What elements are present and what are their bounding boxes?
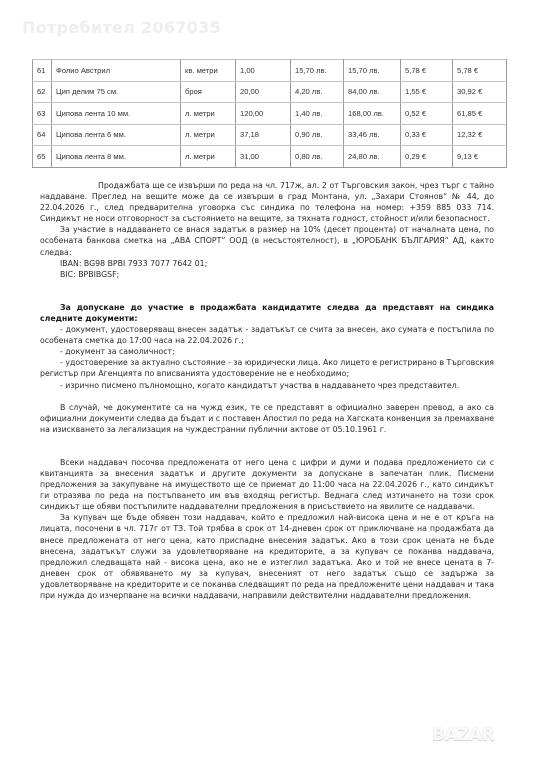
item-unit-price-eur: 1,55 € bbox=[401, 81, 453, 103]
table-row: 64Ципова лента 6 мм.л. метри37,180,90 лв… bbox=[33, 124, 507, 146]
row-number: 62 bbox=[33, 81, 52, 103]
item-total: 24,80 лв. bbox=[344, 146, 401, 168]
item-unit-price: 15,70 лв. bbox=[291, 60, 344, 82]
bic-line: BIC: BPBIBGSF; bbox=[40, 269, 494, 280]
row-number: 61 bbox=[33, 60, 52, 82]
documents-item: - документ, удостоверяващ внесен задатък… bbox=[40, 324, 494, 346]
buyer-paragraph: За купувач ще бъде обявен този наддавач,… bbox=[40, 512, 494, 601]
item-unit: броя bbox=[181, 81, 236, 103]
item-unit-price-eur: 0,33 € bbox=[401, 124, 453, 146]
item-total-eur: 12,32 € bbox=[453, 124, 507, 146]
item-total-eur: 9,13 € bbox=[453, 146, 507, 168]
item-unit-price: 4,20 лв. bbox=[291, 81, 344, 103]
item-unit-price-eur: 5,78 € bbox=[401, 60, 453, 82]
item-name: Ципова лента 10 мм. bbox=[52, 103, 181, 125]
iban-line: IBAN: BG98 BPBI 7933 7077 7642 01; bbox=[40, 258, 494, 269]
item-unit: л. метри bbox=[181, 124, 236, 146]
documents-item: - изрично писмено пълномощно, когато кан… bbox=[40, 380, 494, 391]
item-unit: л. метри bbox=[181, 103, 236, 125]
table-row: 62Цип делим 75 см.броя20,004,20 лв.84,00… bbox=[33, 81, 507, 103]
item-unit-price: 0,80 лв. bbox=[291, 146, 344, 168]
item-total-eur: 5,78 € bbox=[453, 60, 507, 82]
item-quantity: 20,00 bbox=[236, 81, 291, 103]
item-unit-price: 1,40 лв. bbox=[291, 103, 344, 125]
item-name: Цип делим 75 см. bbox=[52, 81, 181, 103]
table-row: 63Ципова лента 10 мм.л. метри120,001,40 … bbox=[33, 103, 507, 125]
items-table: 61Фолио Австрилкв. метри1,0015,70 лв.15,… bbox=[32, 59, 507, 168]
item-quantity: 120,00 bbox=[236, 103, 291, 125]
item-unit-price-eur: 0,29 € bbox=[401, 146, 453, 168]
documents-item: - документ за самоличност; bbox=[40, 346, 494, 357]
row-number: 64 bbox=[33, 124, 52, 146]
item-unit: л. метри bbox=[181, 146, 236, 168]
item-unit: кв. метри bbox=[181, 60, 236, 82]
item-name: Фолио Австрил bbox=[52, 60, 181, 82]
foreign-documents-paragraph: В случай, че документите са на чужд език… bbox=[40, 402, 494, 435]
item-unit-price-eur: 0,52 € bbox=[401, 103, 453, 125]
row-number: 63 bbox=[33, 103, 52, 125]
documents-heading: За допускане до участие в продажбата кан… bbox=[40, 302, 494, 324]
item-total: 33,46 лв. bbox=[344, 124, 401, 146]
table-row: 61Фолио Австрилкв. метри1,0015,70 лв.15,… bbox=[33, 60, 507, 82]
row-number: 65 bbox=[33, 146, 52, 168]
document-body: Продажбата ще се извърши по реда на чл. … bbox=[40, 180, 494, 601]
sale-paragraph: Продажбата ще се извърши по реда на чл. … bbox=[40, 180, 494, 224]
user-watermark: Потребител 2067035 bbox=[22, 18, 221, 37]
item-quantity: 37,18 bbox=[236, 124, 291, 146]
item-total-eur: 61,85 € bbox=[453, 103, 507, 125]
item-total: 15,70 лв. bbox=[344, 60, 401, 82]
item-name: Ципова лента 6 мм. bbox=[52, 124, 181, 146]
item-name: Ципова лента 8 мм. bbox=[52, 146, 181, 168]
table-row: 65Ципова лента 8 мм.л. метри31,000,80 лв… bbox=[33, 146, 507, 168]
item-unit-price: 0,90 лв. bbox=[291, 124, 344, 146]
item-quantity: 1,00 bbox=[236, 60, 291, 82]
documents-item: - удостоверение за актуално състояние - … bbox=[40, 357, 494, 379]
item-total: 84,00 лв. bbox=[344, 81, 401, 103]
deposit-paragraph: За участие в наддаването се внася задатъ… bbox=[40, 224, 494, 257]
bazar-logo: BAZAR bbox=[432, 725, 494, 745]
item-total: 168,00 лв. bbox=[344, 103, 401, 125]
item-total-eur: 30,92 € bbox=[453, 81, 507, 103]
item-quantity: 31,00 bbox=[236, 146, 291, 168]
bidding-paragraph: Всеки наддавач посочва предложената от н… bbox=[40, 457, 494, 512]
